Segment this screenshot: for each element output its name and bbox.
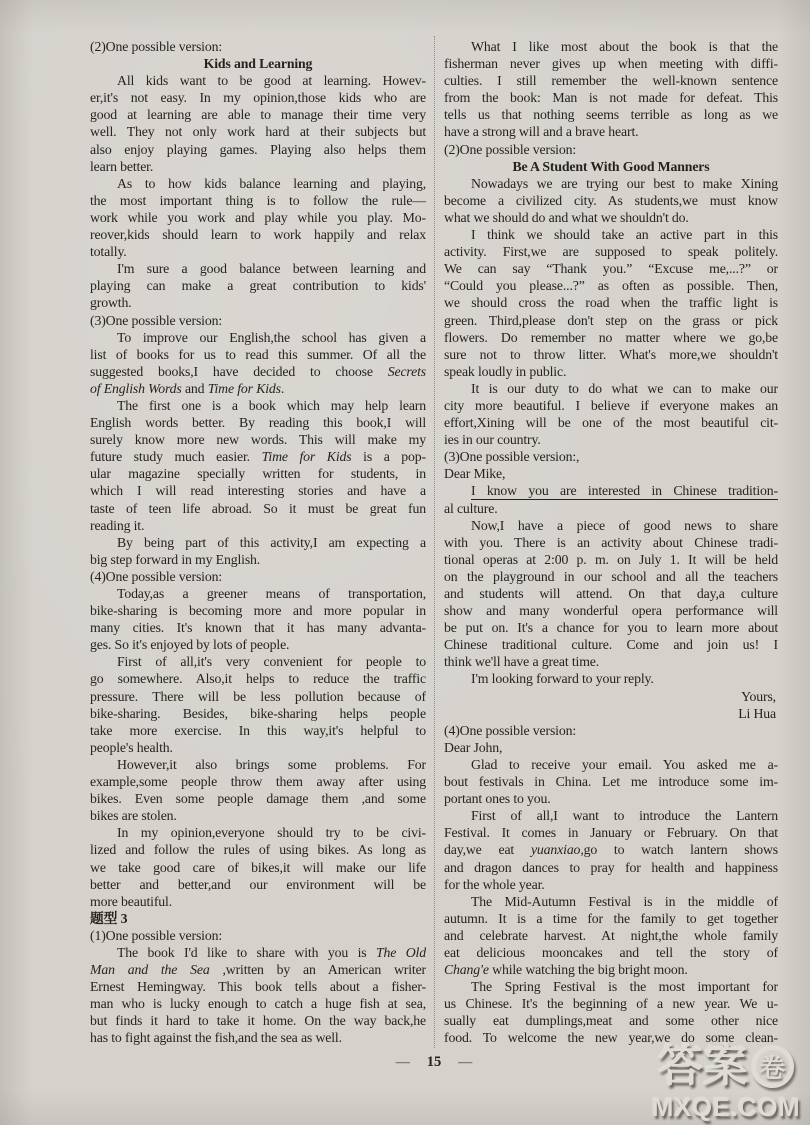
text-line: and students will attend. On that day,a … (444, 585, 778, 602)
text-line: speak loudly in public. (444, 363, 778, 380)
text-run: work while you work and play while you p… (90, 210, 426, 225)
text-run: Chang'e (444, 962, 489, 977)
text-line: English words better. By reading this bo… (90, 414, 426, 431)
text-line: think we'll have a great time. (444, 653, 778, 670)
text-line: What I like most about the book is that … (444, 38, 778, 55)
text-line: surely know more new words. This will ma… (90, 431, 426, 448)
text-run: green. Third,please don't step on the gr… (444, 313, 778, 328)
text-line: growth. (90, 294, 426, 311)
text-run: man who is lucky enough to catch a huge … (90, 996, 426, 1011)
text-run: The book I'd like to share with you is (117, 945, 376, 960)
text-line: be put on. It's a chance for you to lear… (444, 619, 778, 636)
text-run: have a strong will and a brave heart. (444, 124, 638, 139)
text-line: I'm sure a good balance between learning… (90, 260, 426, 277)
text-run: effort,Xining will be one of the most be… (444, 415, 778, 430)
text-line: from the book: Man is not made for defea… (444, 89, 778, 106)
text-run: What I like most about the book is that … (471, 39, 778, 54)
text-run: First of all,it's very convenient for pe… (117, 654, 426, 669)
text-line: sually eat dumplings,meat and some other… (444, 1012, 778, 1029)
text-line: However,it also brings some problems. Fo… (90, 756, 426, 773)
text-line: (4)One possible version: (444, 722, 778, 739)
text-run: flowers. Do remember no matter where we … (444, 330, 778, 345)
text-line: lized and follow the rules of using bike… (90, 841, 426, 858)
watermark-site: MXQE.COM (642, 1093, 810, 1121)
text-run: future study much easier. (90, 449, 262, 464)
text-line: All kids want to be good at learning. Ho… (90, 72, 426, 89)
text-line: effort,Xining will be one of the most be… (444, 414, 778, 431)
text-line: “Could you please...?” as often as possi… (444, 277, 778, 294)
underlined-text-run: Li Hua (738, 706, 776, 721)
underlined-text-run: bout festivals in China. Let me introduc… (444, 774, 778, 789)
text-line: The first one is a book which may help l… (90, 397, 426, 414)
text-run: tional operas at 2:00 p. m. on July 1. I… (444, 552, 778, 567)
underlined-text-run: Festival. It comes in January or Februar… (444, 825, 718, 840)
text-run: We can say “Thank you.” “Excuse me,...?”… (444, 261, 778, 276)
text-line: It is our duty to do what we can to make… (444, 380, 778, 397)
text-line: Ernest Hemingway. This book tells about … (90, 978, 426, 995)
text-run: autumn. It is a time for the family to g… (444, 911, 778, 926)
text-line: portant ones to you. (444, 790, 778, 807)
text-run: growth. (90, 295, 132, 310)
text-run: show and many wonderful opera performanc… (444, 603, 778, 618)
text-line: totally. (90, 243, 426, 260)
left-text-column: (2)One possible version:Kids and Learnin… (90, 38, 426, 1047)
text-line: and dragon dances to pray for health and… (444, 859, 778, 876)
text-run: be put on. It's a chance for you to lear… (444, 620, 778, 635)
text-run: playing can make a great contribution to… (90, 278, 426, 293)
text-run: sure not to throw litter. What's more,we… (444, 347, 778, 362)
text-run: It's known that it has many advanta- (164, 620, 426, 635)
text-line: Dear John, (444, 739, 778, 756)
text-run: All kids want to be good at learning. Ho… (117, 73, 426, 88)
text-run: Nowadays we are trying our best to make … (471, 176, 778, 191)
text-run: Time for Kids (208, 381, 281, 396)
text-line: First of all,it's very convenient for pe… (90, 653, 426, 670)
text-run: example,some people throw them away afte… (90, 774, 426, 789)
text-run: er,it's not easy. In my opinion,those ki… (90, 90, 426, 105)
text-line: better and better,and our environment wi… (90, 876, 426, 893)
text-line: good at learning are able to manage thei… (90, 106, 426, 123)
text-run: yuanxiao (531, 842, 580, 857)
text-line: (4)One possible version: (90, 568, 426, 585)
page-number: 15 (427, 1054, 442, 1070)
text-run: reover,kids should learn to work happily… (90, 227, 426, 242)
text-run: which I will read interesting stories an… (90, 483, 426, 498)
text-line: but finds it hard to take it home. On th… (90, 1012, 426, 1029)
text-line: become a civilized city. As students,we … (444, 192, 778, 209)
text-run: pressure. There will be less pollution b… (90, 689, 426, 704)
text-line: I know you are interested in Chinese tra… (444, 482, 778, 499)
right-text-column: What I like most about the book is that … (444, 38, 778, 1047)
text-run: eat delicious mooncakes and tell the sto… (444, 945, 778, 960)
text-run: English words better. By reading this bo… (90, 415, 426, 430)
footer-left-dash: — (396, 1055, 410, 1070)
text-run: big step forward in my English. (90, 552, 260, 567)
text-run: It is our duty to do what we can to make… (471, 381, 778, 396)
text-run: has to fight against the fish,and the se… (90, 1030, 342, 1045)
text-run: However,it also brings some problems. Fo… (117, 757, 426, 772)
text-run: fisherman never gives up when meeting wi… (444, 56, 778, 71)
text-line: By being part of this activity,I am expe… (90, 534, 426, 551)
text-run: As to how kids balance learning and play… (117, 176, 426, 191)
text-run: totally. (90, 244, 127, 259)
text-line: al culture. (444, 500, 778, 517)
watermark-brand: 答案 卷 (642, 1042, 810, 1090)
text-line: big step forward in my English. (90, 551, 426, 568)
text-line: First of all,I want to introduce the Lan… (444, 807, 778, 824)
text-line: example,some people throw them away afte… (90, 773, 426, 790)
text-line: fisherman never gives up when meeting wi… (444, 55, 778, 72)
text-line: bout festivals in China. Let me introduc… (444, 773, 778, 790)
text-run: “Could you please...?” as often as possi… (444, 278, 778, 293)
text-line: many cities. It's known that it has many… (90, 619, 426, 636)
text-run: lized and follow the rules of using bike… (90, 842, 426, 857)
text-line: suggested books,I have decided to choose… (90, 363, 426, 380)
text-line: man who is lucky enough to catch a huge … (90, 995, 426, 1012)
text-run: also enjoy playing games. Playing also h… (90, 142, 426, 157)
text-line: with you. There is an activity about Chi… (444, 534, 778, 551)
text-line: To improve our English,the school has gi… (90, 329, 426, 346)
text-line: bike-sharing. Besides, bike-sharing help… (90, 705, 426, 722)
text-line: tional operas at 2:00 p. m. on July 1. I… (444, 551, 778, 568)
underlined-text-run: Today,as a greener means of transportati… (117, 586, 426, 601)
text-line: list of books for us to read this summer… (90, 346, 426, 363)
text-run: we should cross the road when the traffi… (444, 295, 778, 310)
text-line: work while you work and play while you p… (90, 209, 426, 226)
text-run: for the whole year. (444, 877, 545, 892)
text-line: bike-sharing is becoming more and more p… (90, 602, 426, 619)
text-line: well. They not only work hard at their s… (90, 123, 426, 140)
text-run: bikes. Even some people damage them ,and… (90, 791, 426, 806)
text-line: Now,I have a piece of good news to share (444, 517, 778, 534)
text-run: from the book: Man is not made for defea… (444, 90, 778, 105)
text-line: ies in our country. (444, 431, 778, 448)
text-run: Be A Student With Good Manners (512, 159, 709, 174)
underlined-text-run: Dear John, (444, 740, 502, 755)
text-run: bikes are stolen. (90, 808, 177, 823)
text-run: well. They not only work hard at their s… (90, 124, 426, 139)
text-line: taste of teen life abroad. So it must be… (90, 500, 426, 517)
text-line: The Mid-Autumn Festival is in the middle… (444, 893, 778, 910)
text-line: Kids and Learning (90, 55, 426, 72)
scanned-answer-page: { "colors": { "paper": "#d5d2cc", "ink":… (0, 0, 810, 1125)
text-run: The Old (376, 945, 426, 960)
text-run: tells us that nothing seems terrible as … (444, 107, 778, 122)
text-line: Chang'e while watching the big bright mo… (444, 961, 778, 978)
text-run: think we'll have a great time. (444, 654, 599, 669)
text-line: Man and the Sea ,written by an American … (90, 961, 426, 978)
text-run: but finds it hard to take it home. On th… (90, 1013, 426, 1028)
text-run: Time for Kids (262, 449, 352, 464)
text-line: In my opinion,everyone should try to be … (90, 824, 426, 841)
text-line: have a strong will and a brave heart. (444, 123, 778, 140)
text-line: Li Hua (444, 705, 778, 722)
text-line: bikes. Even some people damage them ,and… (90, 790, 426, 807)
text-line: we should cross the road when the traffi… (444, 294, 778, 311)
text-run: take more exercise. In this way,it's hel… (90, 723, 426, 738)
text-run: with you. There is an activity about Chi… (444, 535, 778, 550)
text-run: culties. I still remember the well-known… (444, 73, 778, 88)
text-line: go somewhere. Also,it helps to reduce th… (90, 670, 426, 687)
text-line: As to how kids balance learning and play… (90, 175, 426, 192)
text-line: (3)One possible version:, (444, 448, 778, 465)
text-line: reading it. (90, 517, 426, 534)
underlined-text-run: Yours, (741, 689, 776, 704)
text-line: Nowadays we are trying our best to make … (444, 175, 778, 192)
text-line: more beautiful. (90, 893, 426, 910)
text-line: 题型 3 (90, 910, 426, 927)
text-line: eat delicious mooncakes and tell the sto… (444, 944, 778, 961)
text-run: ges. So it's enjoyed by lots of people. (90, 637, 289, 652)
text-run: on the playground in our school and all … (444, 569, 778, 584)
text-run: I'm looking forward to your reply. (471, 671, 654, 686)
text-run: the most important thing is to follow th… (90, 193, 426, 208)
text-line: Festival. It comes in January or Februar… (444, 824, 778, 841)
text-line: learn better. (90, 158, 426, 175)
underlined-text-run: I know you are interested in Chinese tra… (471, 483, 778, 498)
text-line: (1)One possible version: (90, 927, 426, 944)
text-line: We can say “Thank you.” “Excuse me,...?”… (444, 260, 778, 277)
text-run: Secrets (388, 364, 426, 379)
watermark-circle-icon: 卷 (751, 1045, 794, 1088)
text-run: (4)One possible version: (444, 723, 576, 738)
text-line: I think we should take an active part in… (444, 226, 778, 243)
text-run: ies in our country. (444, 432, 541, 447)
text-run: activity. First,we are supposed to speak… (444, 244, 778, 259)
text-run: (2)One possible version: (90, 39, 222, 54)
underlined-text-run: To improve our English,the school has gi… (117, 330, 426, 345)
text-run: The Spring Festival is the most importan… (471, 979, 778, 994)
text-run: what we should do and what we shouldn't … (444, 210, 689, 225)
text-run: while watching the big bright moon. (489, 962, 688, 977)
text-run: (2)One possible version: (444, 142, 576, 157)
text-run: I'm sure a good balance between learning… (117, 261, 426, 276)
text-line: take more exercise. In this way,it's hel… (90, 722, 426, 739)
text-run: ,go to watch lantern shows (580, 842, 778, 857)
text-run: ,written by an American writer (210, 962, 426, 977)
text-line: future study much easier. Time for Kids … (90, 448, 426, 465)
text-run: taste of teen life abroad. So it must be… (90, 501, 426, 516)
text-line: Today,as a greener means of transportati… (90, 585, 426, 602)
text-run: Of all the (353, 347, 426, 362)
text-line: (2)One possible version: (90, 38, 426, 55)
text-run: become a civilized city. As students,we … (444, 193, 778, 208)
text-run: Kids and Learning (204, 56, 313, 71)
text-line: Be A Student With Good Manners (444, 158, 778, 175)
text-run: and dragon dances to pray for health and… (444, 860, 778, 875)
text-line: also enjoy playing games. Playing also h… (90, 141, 426, 158)
underlined-text-run: many cities. (90, 620, 164, 635)
text-line: green. Third,please don't step on the gr… (444, 312, 778, 329)
text-run: city more beautiful. I believe if everyo… (444, 398, 778, 413)
text-line: Dear Mike, (444, 465, 778, 482)
text-line: culties. I still remember the well-known… (444, 72, 778, 89)
text-line: which I will read interesting stories an… (90, 482, 426, 499)
text-line: Chinese traditional culture. Come and jo… (444, 636, 778, 653)
text-run: surely know more new words. This will ma… (90, 432, 426, 447)
text-line: for the whole year. (444, 876, 778, 893)
text-line: er,it's not easy. In my opinion,those ki… (90, 89, 426, 106)
underlined-text-run: al culture. (444, 501, 498, 516)
watermark-brand-text: 答案 (658, 1042, 748, 1090)
text-run: (3)One possible version: (90, 313, 222, 328)
text-run: of English Words (90, 381, 182, 396)
text-run: By being part of this activity,I am expe… (117, 535, 426, 550)
underlined-text-run: 题型 (90, 911, 117, 926)
text-line: day,we eat yuanxiao,go to watch lantern … (444, 841, 778, 858)
text-run: Ernest Hemingway. This book tells about … (90, 979, 426, 994)
text-line: activity. First,we are supposed to speak… (444, 243, 778, 260)
text-run: (3)One possible version:, (444, 449, 579, 464)
text-run: 3 (117, 911, 127, 926)
text-line: sure not to throw litter. What's more,we… (444, 346, 778, 363)
text-run: good at learning are able to manage thei… (90, 107, 426, 122)
text-run: Man and the Sea (90, 962, 210, 977)
text-run: Chinese traditional culture. Come and jo… (444, 637, 778, 652)
text-run: . (281, 381, 284, 396)
text-line: (2)One possible version: (444, 141, 778, 158)
underlined-text-run: portant ones to you. (444, 791, 551, 806)
text-line: the most important thing is to follow th… (90, 192, 426, 209)
text-run: reading it. (90, 518, 144, 533)
text-run: (1)One possible version: (90, 928, 222, 943)
text-run: better and better,and our environment wi… (90, 877, 426, 892)
text-line: flowers. Do remember no matter where we … (444, 329, 778, 346)
text-run: In my opinion,everyone should try to be … (117, 825, 426, 840)
text-run: bike-sharing. Besides, bike-sharing help… (90, 706, 426, 721)
text-line: bikes are stolen. (90, 807, 426, 824)
text-line: of English Words and Time for Kids. (90, 380, 426, 397)
text-line: tells us that nothing seems terrible as … (444, 106, 778, 123)
text-line: autumn. It is a time for the family to g… (444, 910, 778, 927)
text-run: I think we should take an active part in… (471, 227, 778, 242)
underlined-text-run: First of all,I want to introduce the Lan… (471, 808, 778, 823)
text-line: (3)One possible version: (90, 312, 426, 329)
column-divider-dotted-line (434, 36, 435, 1048)
text-line: The Spring Festival is the most importan… (444, 978, 778, 995)
text-run: sually eat dumplings,meat and some other… (444, 1013, 778, 1028)
text-line: people's health. (90, 739, 426, 756)
text-line: I'm looking forward to your reply. (444, 670, 778, 687)
text-line: show and many wonderful opera performanc… (444, 602, 778, 619)
text-run: we take good care of bikes,it will make … (90, 860, 426, 875)
text-line: Yours, (444, 688, 778, 705)
text-run: On that (718, 825, 778, 840)
underlined-text-run: Dear Mike, (444, 466, 505, 481)
text-run: (4)One possible version: (90, 569, 222, 584)
text-run: is a pop- (352, 449, 427, 464)
text-run: us Chinese. It's the beginning of a new … (444, 996, 778, 1011)
text-line: ular magazine specially written for stud… (90, 465, 426, 482)
text-run: and students will attend. On that day,a … (444, 586, 778, 601)
underlined-text-run: Glad to receive your email. You asked me… (471, 757, 778, 772)
text-line: us Chinese. It's the beginning of a new … (444, 995, 778, 1012)
underlined-text-run: bike-sharing is becoming more and more p… (90, 603, 426, 618)
text-line: playing can make a great contribution to… (90, 277, 426, 294)
text-line: pressure. There will be less pollution b… (90, 688, 426, 705)
text-run: The Mid-Autumn Festival is in the middle… (471, 894, 778, 909)
text-run: people's health. (90, 740, 173, 755)
text-line: city more beautiful. I believe if everyo… (444, 397, 778, 414)
watermark: 答案 卷 MXQE.COM (642, 1042, 810, 1121)
text-run: more beautiful. (90, 894, 172, 909)
text-line: what we should do and what we shouldn't … (444, 209, 778, 226)
text-run: go somewhere. Also,it helps to reduce th… (90, 671, 426, 686)
text-line: reover,kids should learn to work happily… (90, 226, 426, 243)
text-line: we take good care of bikes,it will make … (90, 859, 426, 876)
text-run: learn better. (90, 159, 153, 174)
underlined-text-run: list of books for us to read this summer… (90, 347, 353, 362)
text-run: day,we eat (444, 842, 531, 857)
text-line: has to fight against the fish,and the se… (90, 1029, 426, 1046)
text-run: The first one is a book which may help l… (117, 398, 426, 413)
text-line: and celebrate harvest. At night,the whol… (444, 927, 778, 944)
text-line: The book I'd like to share with you is T… (90, 944, 426, 961)
text-line: ges. So it's enjoyed by lots of people. (90, 636, 426, 653)
text-run: speak loudly in public. (444, 364, 566, 379)
text-line: Glad to receive your email. You asked me… (444, 756, 778, 773)
text-run: ular magazine specially written for stud… (90, 466, 426, 481)
text-run: and (182, 381, 208, 396)
text-run: and celebrate harvest. At night,the whol… (444, 928, 778, 943)
footer-right-dash: — (458, 1055, 472, 1070)
text-run: Now,I have a piece of good news to share (471, 518, 778, 533)
text-line: on the playground in our school and all … (444, 568, 778, 585)
text-run: suggested books,I have decided to choose (90, 364, 388, 379)
